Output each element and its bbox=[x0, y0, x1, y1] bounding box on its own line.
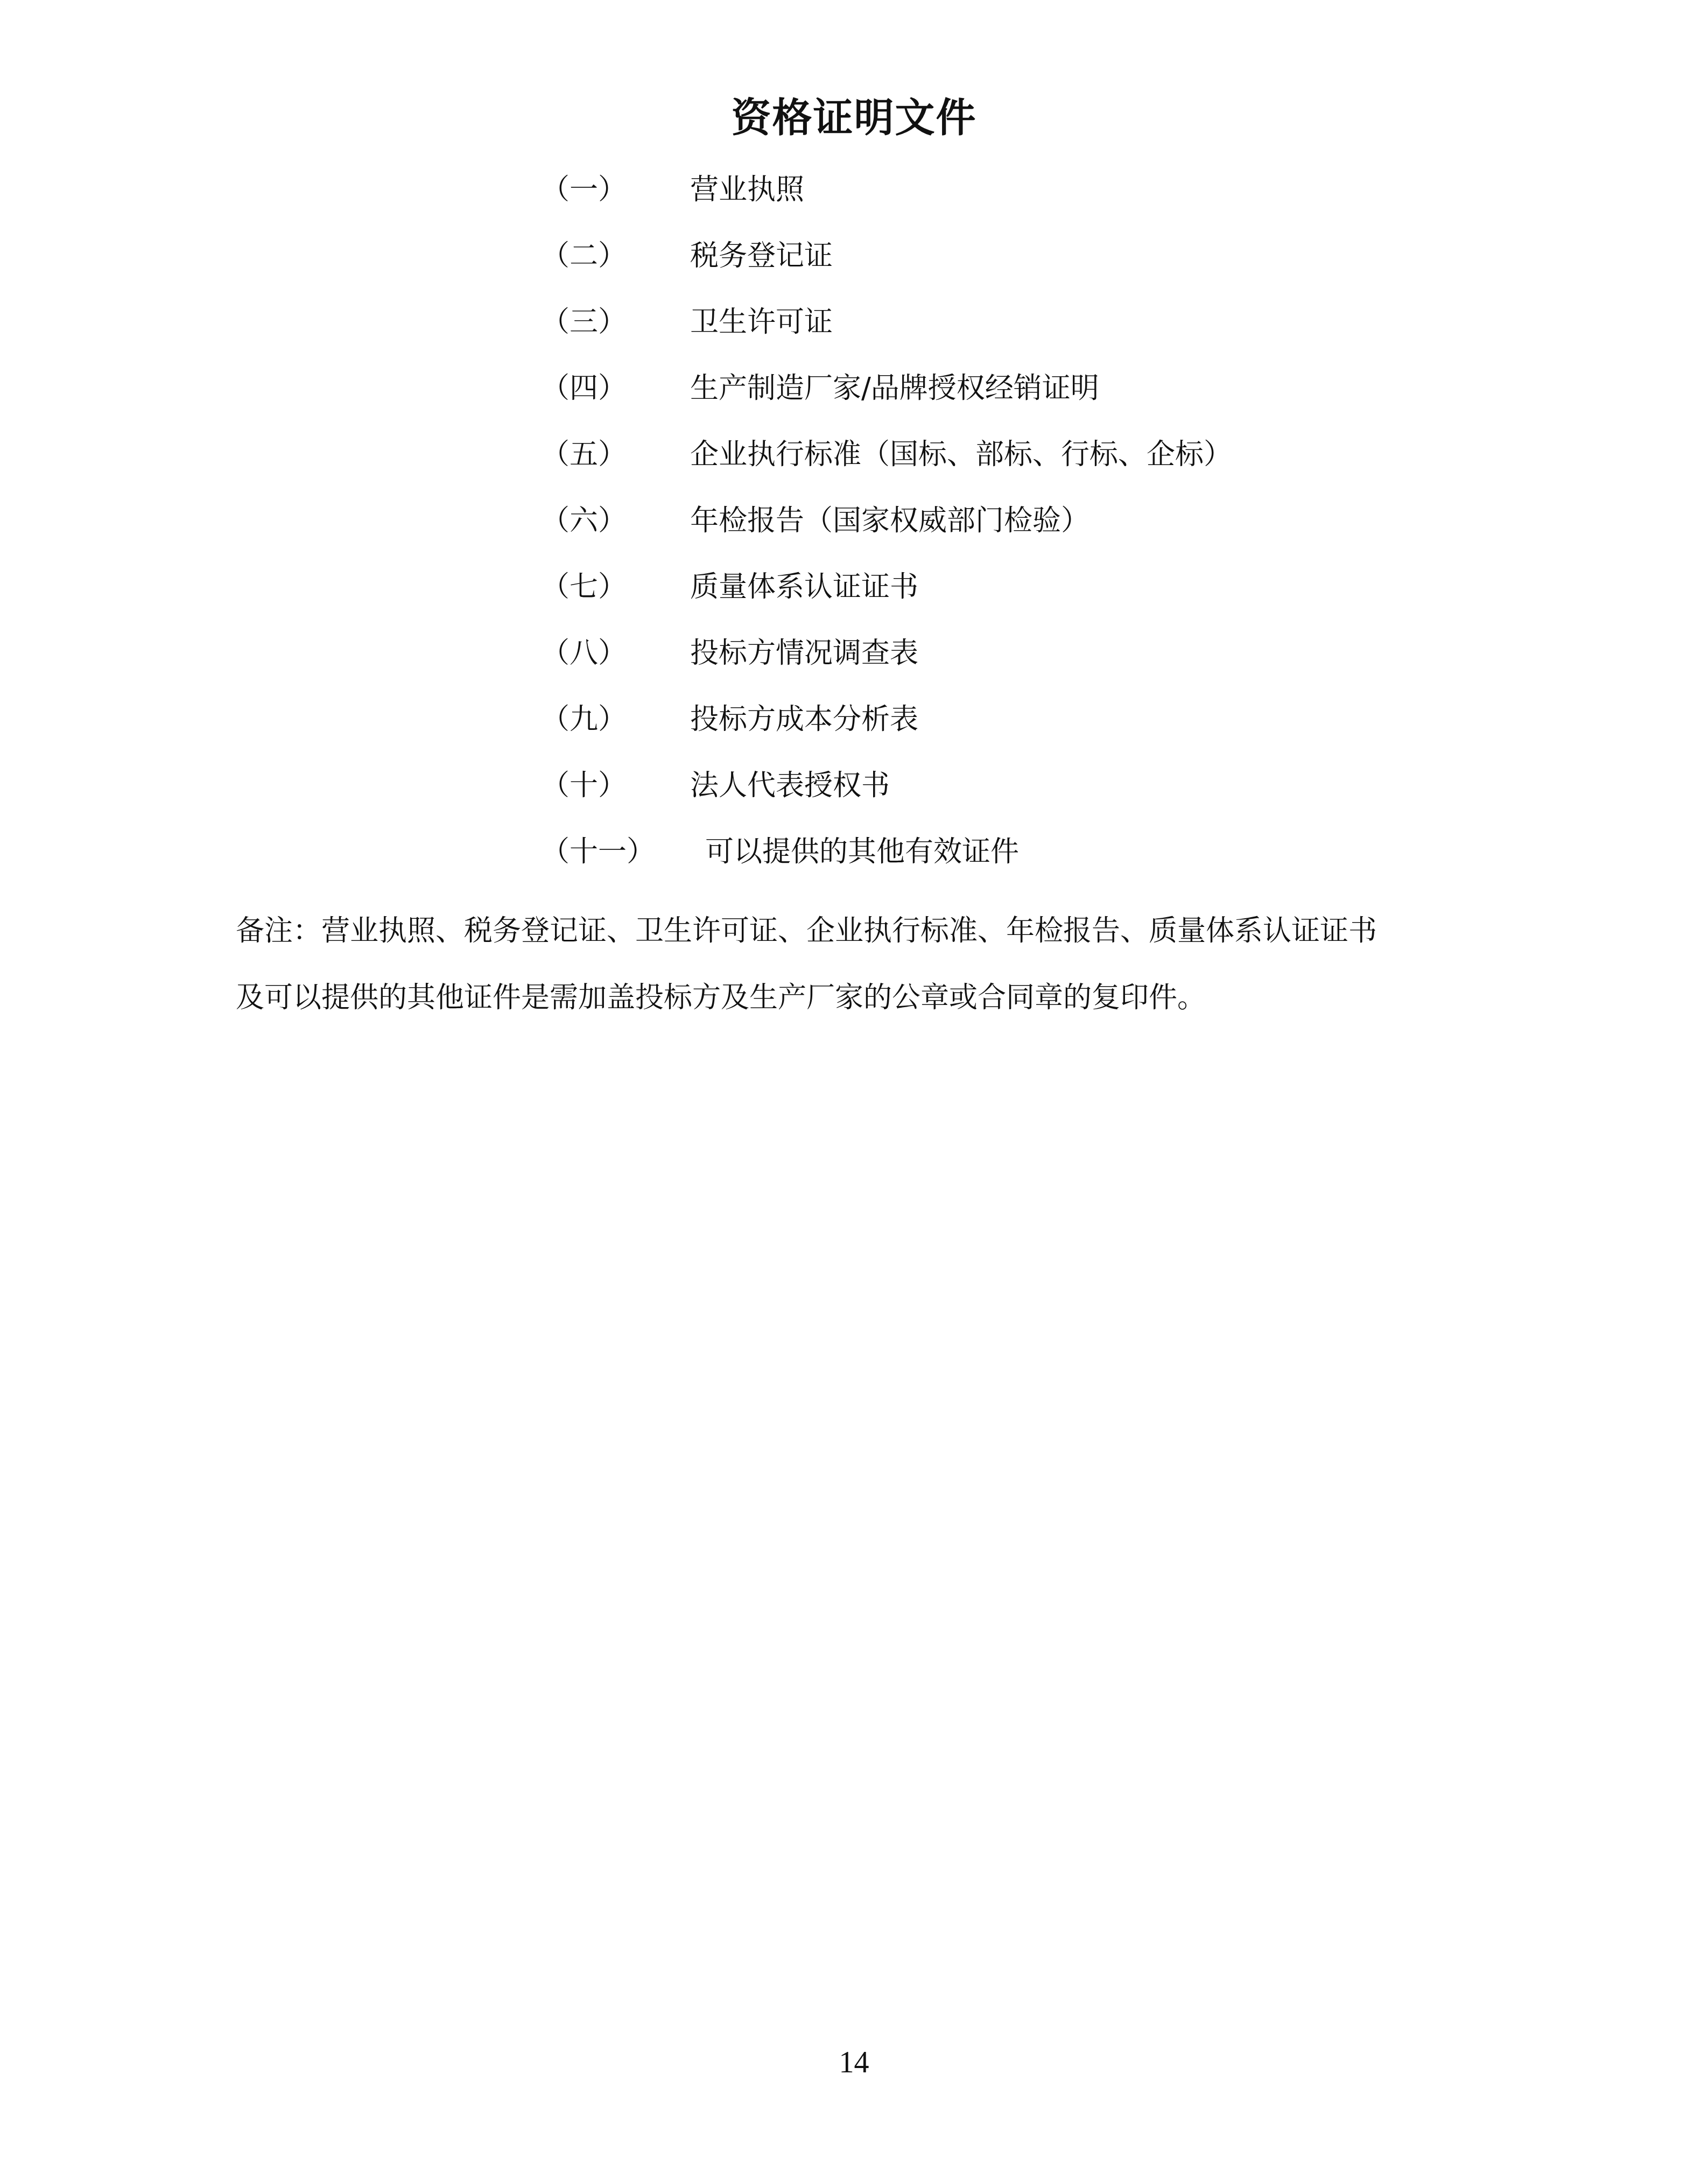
item-number: （十） bbox=[541, 763, 627, 804]
item-number: （七） bbox=[541, 564, 627, 605]
item-label: 卫生许可证 bbox=[690, 299, 833, 340]
item-label: 可以提供的其他有效证件 bbox=[705, 829, 1019, 870]
item-number: （二） bbox=[541, 233, 627, 274]
list-item: （二） 税务登记证 bbox=[0, 233, 1708, 282]
item-number: （六） bbox=[541, 498, 627, 539]
list-item: （六） 年检报告（国家权威部门检验） bbox=[0, 498, 1708, 546]
note-paragraph: 备注：营业执照、税务登记证、卫生许可证、企业执行标准、年检报告、质量体系认证证书… bbox=[236, 898, 1474, 1031]
item-label: 年检报告（国家权威部门检验） bbox=[690, 498, 1090, 539]
page-number: 14 bbox=[0, 2045, 1708, 2080]
item-number: （三） bbox=[541, 299, 627, 340]
item-number: （一） bbox=[541, 167, 627, 208]
item-label: 投标方情况调查表 bbox=[690, 630, 918, 671]
item-label: 税务登记证 bbox=[690, 233, 833, 274]
item-number: （九） bbox=[541, 697, 627, 737]
item-label: 企业执行标准（国标、部标、行标、企标） bbox=[690, 432, 1232, 473]
item-number: （五） bbox=[541, 432, 627, 473]
list-item: （三） 卫生许可证 bbox=[0, 299, 1708, 348]
item-label: 质量体系认证证书 bbox=[690, 564, 918, 605]
list-item: （四） 生产制造厂家/品牌授权经销证明 bbox=[0, 365, 1708, 414]
list-item: （七） 质量体系认证证书 bbox=[0, 564, 1708, 613]
note-line-2: 及可以提供的其他证件是需加盖投标方及生产厂家的公章或合同章的复印件。 bbox=[236, 965, 1474, 1031]
list-item: （十） 法人代表授权书 bbox=[0, 763, 1708, 811]
list-item: （八） 投标方情况调查表 bbox=[0, 630, 1708, 679]
item-number: （四） bbox=[541, 365, 627, 406]
item-label: 营业执照 bbox=[690, 167, 804, 208]
page-title: 资格证明文件 bbox=[0, 86, 1708, 143]
note-line-1: 备注：营业执照、税务登记证、卫生许可证、企业执行标准、年检报告、质量体系认证证书 bbox=[236, 898, 1474, 965]
item-label: 法人代表授权书 bbox=[690, 763, 890, 804]
item-number: （八） bbox=[541, 630, 627, 671]
item-label: 生产制造厂家/品牌授权经销证明 bbox=[690, 365, 1099, 406]
item-number: （十一） bbox=[541, 829, 655, 870]
item-label: 投标方成本分析表 bbox=[690, 697, 918, 737]
list-item: （一） 营业执照 bbox=[0, 167, 1708, 215]
list-item: （九） 投标方成本分析表 bbox=[0, 697, 1708, 745]
list-item: （十一） 可以提供的其他有效证件 bbox=[0, 829, 1708, 877]
list-item: （五） 企业执行标准（国标、部标、行标、企标） bbox=[0, 432, 1708, 480]
